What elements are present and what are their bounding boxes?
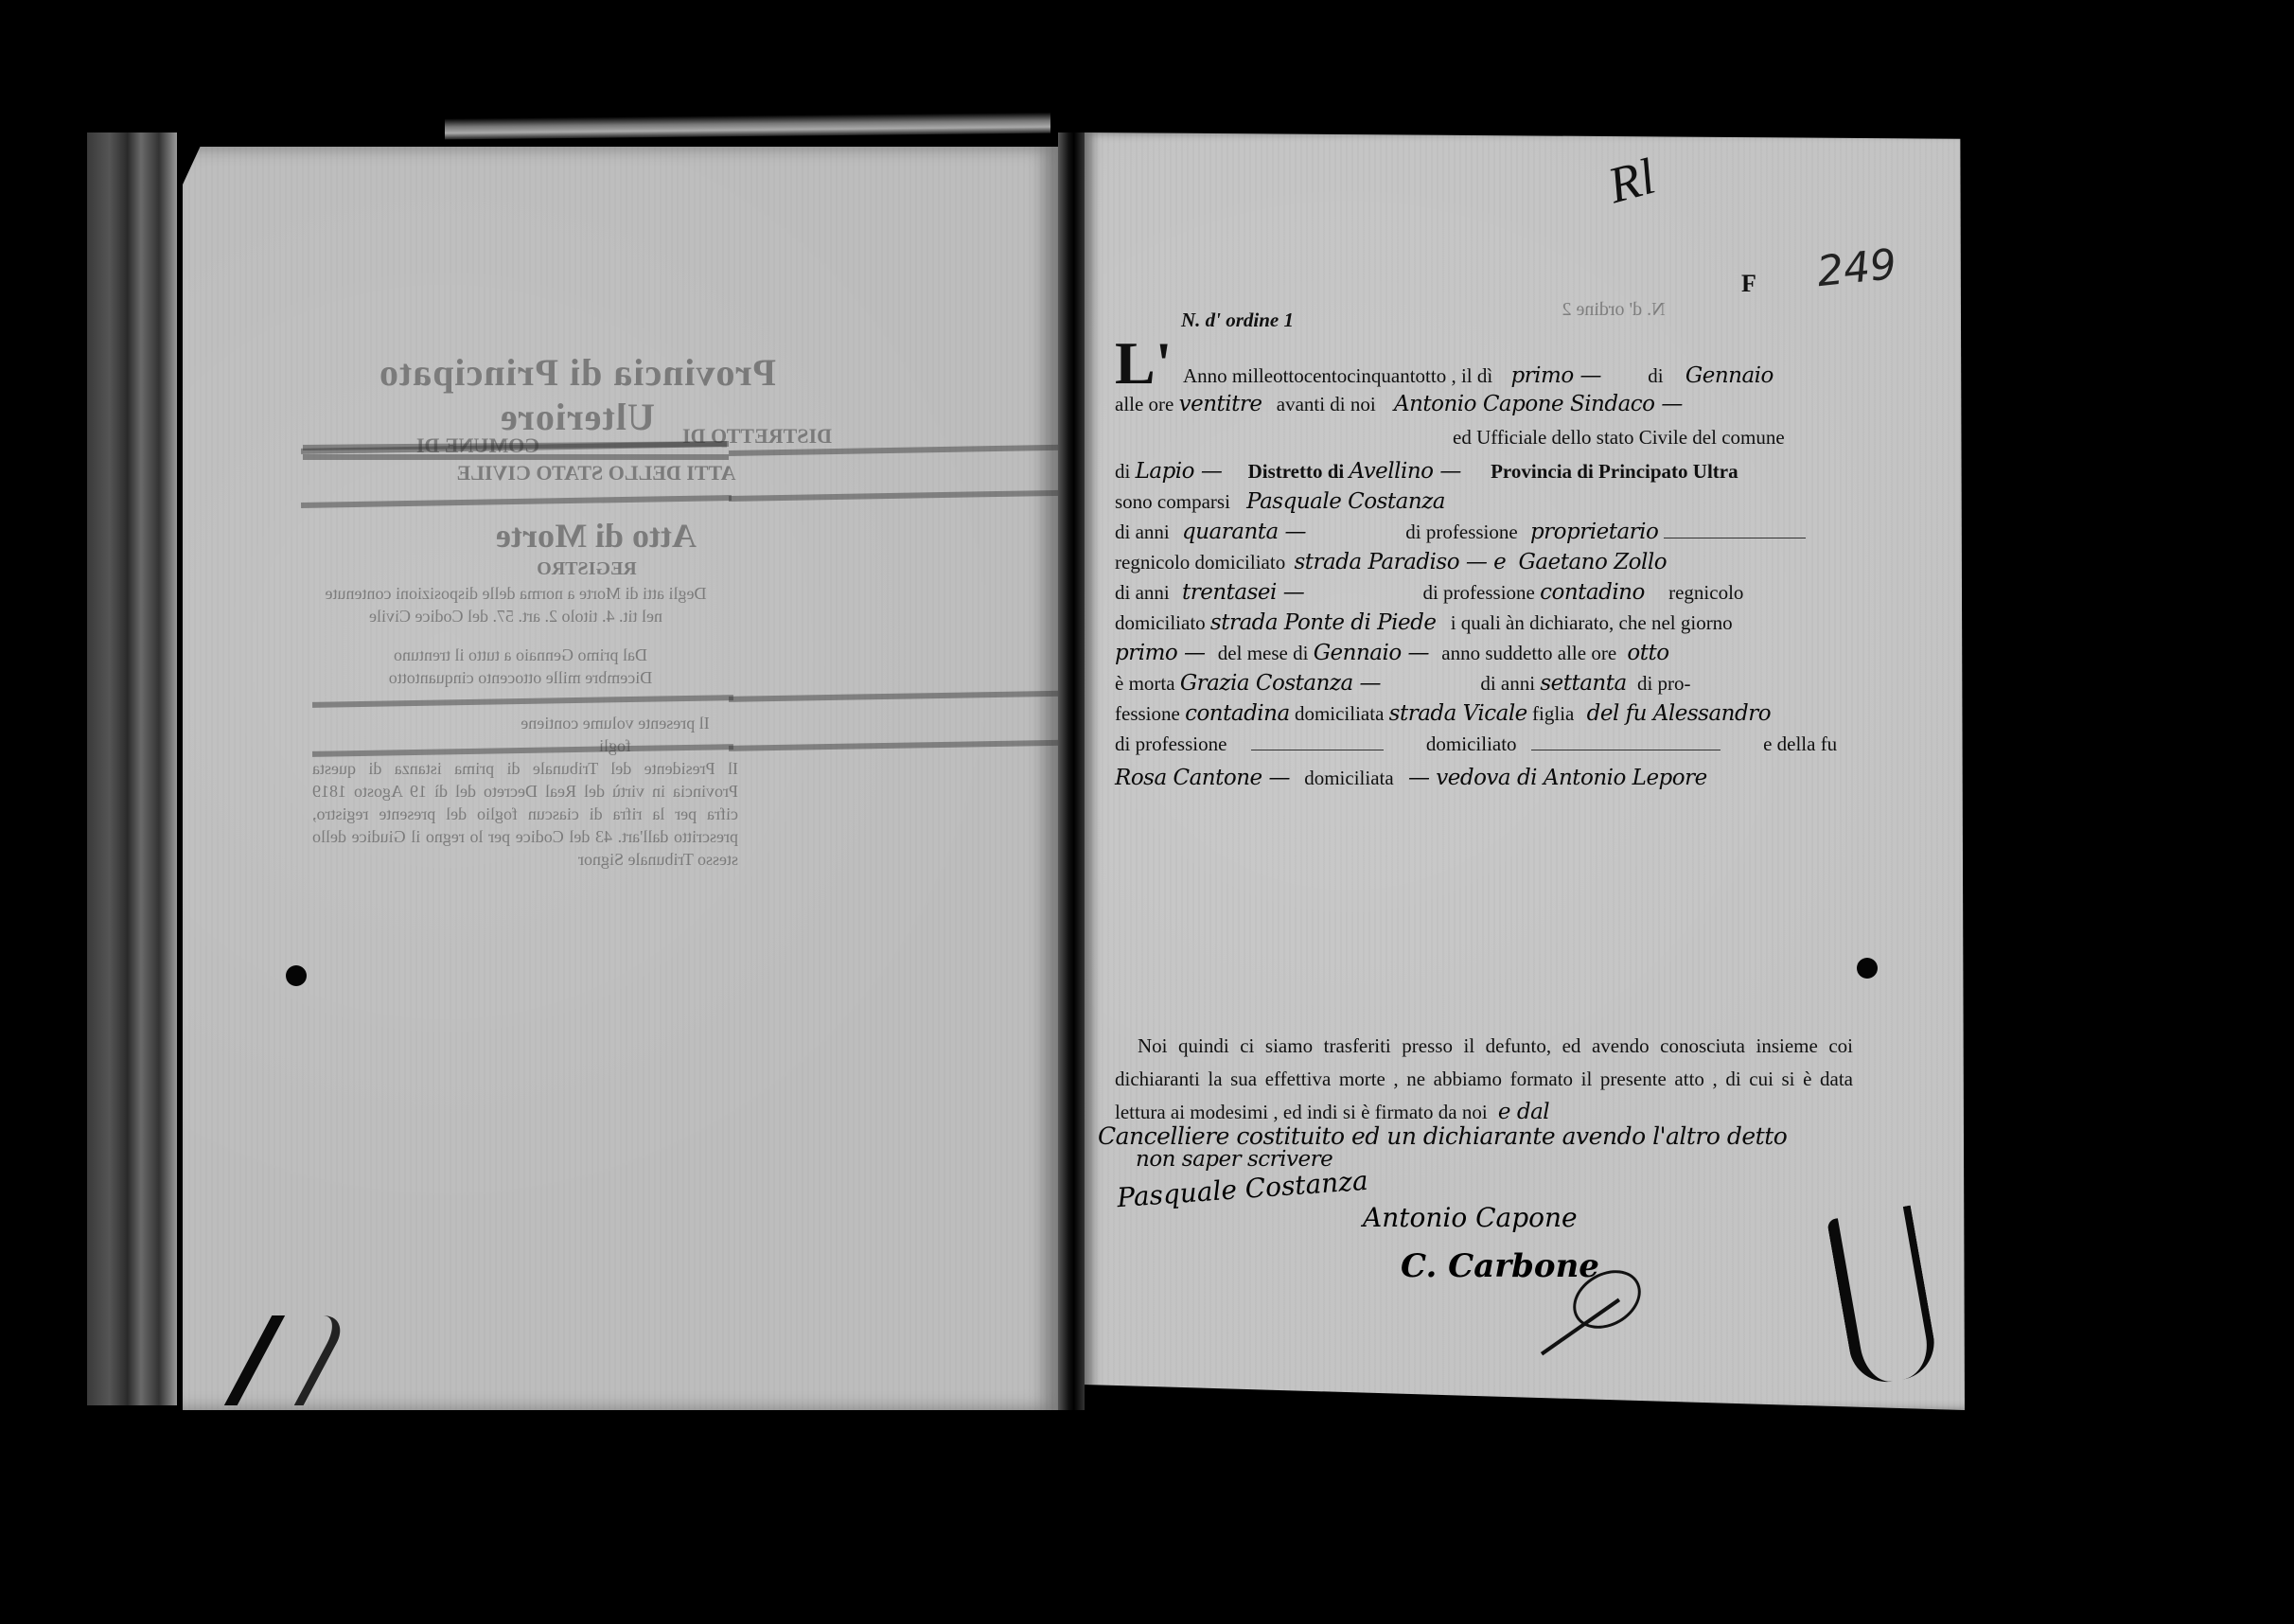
left-bleed-intro: Degli atti di Morte a norma delle dispos… — [317, 582, 715, 627]
record-line: Rosa Cantone — domiciliata — vedova di A… — [1115, 762, 1872, 795]
record-line: di anni trentasei — di professione conta… — [1115, 576, 1872, 609]
order-number-label: N. d' ordine 1 — [1181, 309, 1294, 332]
handwritten-address: strada Vicale — [1389, 701, 1527, 726]
closing-paragraph: Noi quindi ci siamo trasferiti presso il… — [1115, 1030, 1853, 1129]
handwritten-profession: proprietario — [1530, 520, 1658, 544]
closing-handwritten-line: Cancelliere costituito ed un dichiarante… — [1098, 1122, 1787, 1150]
binding-hole — [286, 965, 307, 986]
handwritten-day: primo — — [1115, 641, 1206, 665]
left-bleed-section: ATTI DELLO STATO CIVILE — [407, 461, 785, 485]
printed-text: figlia — [1532, 702, 1574, 725]
printed-text: Anno milleottocentocinquantotto , il dì — [1183, 364, 1492, 387]
bleed-order-number: N. d' ordine 2 — [1519, 299, 1708, 321]
printed-text: Provincia di Principato Ultra — [1491, 460, 1738, 483]
handwritten-month: Gennaio — [1685, 363, 1773, 388]
printed-text: avanti di noi — [1277, 393, 1376, 415]
printed-text: fessione — [1115, 702, 1180, 725]
printed-text: del mese di — [1218, 642, 1309, 664]
handwritten-age: quaranta — — [1182, 520, 1306, 544]
left-bleed-period: Dal primo Gennaio a tutto il trentuno Di… — [379, 644, 662, 689]
printed-text: di professione — [1115, 733, 1226, 755]
handwritten-hour: otto — [1627, 641, 1668, 665]
handwritten-age: trentasei — — [1182, 580, 1304, 605]
handwritten-hour: ventitre — [1179, 392, 1262, 416]
closing-printed-text: Noi quindi ci siamo trasferiti presso il… — [1115, 1034, 1853, 1123]
printed-text: domiciliata — [1304, 767, 1393, 789]
handwritten-declarant-1: Pasquale Costanza — [1246, 489, 1445, 514]
handwritten-comune: Lapio — — [1136, 459, 1223, 484]
printed-text: di anni — [1115, 521, 1170, 543]
printed-text: regnicolo domiciliato — [1115, 551, 1285, 574]
signature-mayor: Antonio Capone — [1363, 1202, 1578, 1233]
record-line: di Lapio — Distretto di Avellino — Provi… — [1115, 455, 1872, 488]
printed-text: di — [1115, 460, 1130, 483]
printed-text: i quali àn dichiarato, che nel giorno — [1451, 611, 1733, 634]
handwritten-profession: contadina — [1185, 701, 1290, 726]
order-number: 1 — [1284, 309, 1295, 331]
blank-line — [1664, 538, 1806, 538]
record-line: di anni quaranta — di professione propri… — [1115, 516, 1872, 549]
folio-mark: F — [1741, 270, 1756, 298]
printed-text: di professione — [1405, 521, 1517, 543]
printed-text: di professione — [1422, 581, 1534, 604]
page-number: 249 — [1815, 240, 1899, 296]
printed-text: alle ore — [1115, 393, 1173, 415]
record-line: di professione domiciliato e della fu — [1115, 728, 1872, 761]
record-line: ed Ufficiale dello stato Civile del comu… — [1453, 421, 2210, 454]
drop-cap: L' — [1115, 333, 1172, 394]
handwritten-declarant-2: Gaetano Zollo — [1519, 550, 1668, 574]
printed-text: anno suddetto alle ore — [1441, 642, 1616, 664]
handwritten-widow-of: — vedova di Antonio Lepore — [1408, 766, 1707, 790]
left-bleed-certification: Il Presidente del Tribunale di prima ist… — [312, 757, 738, 871]
printed-text: di pro- — [1637, 672, 1691, 695]
handwritten-month: Gennaio — — [1314, 641, 1429, 665]
printed-text: di anni — [1115, 581, 1170, 604]
book-gutter — [1058, 132, 1085, 1410]
handwritten-day: primo — — [1510, 363, 1601, 388]
handwritten-address: strada Paradiso — e — [1294, 550, 1506, 574]
record-line: è morta Grazia Costanza — di anni settan… — [1115, 667, 1872, 700]
record-line: regnicolo domiciliato strada Paradiso — … — [1115, 546, 1872, 579]
handwritten-deceased-name: Grazia Costanza — — [1180, 671, 1381, 696]
printed-text: di anni — [1480, 672, 1535, 695]
printed-text: domiciliato — [1115, 611, 1206, 634]
printed-text: Distretto di — [1248, 460, 1345, 483]
record-line: primo — del mese di Gennaio — anno sudde… — [1115, 637, 1872, 670]
printed-text: domiciliata — [1295, 702, 1384, 725]
page-stack-top-edge — [445, 113, 1050, 140]
record-line: domiciliato strada Ponte di Piede i qual… — [1115, 607, 1872, 640]
left-bleed-heading: Atto di Morte — [445, 516, 748, 556]
handwritten-mother: Rosa Cantone — — [1115, 766, 1290, 790]
printed-text: è morta — [1115, 672, 1175, 695]
closing-handwritten: e dal — [1498, 1100, 1549, 1124]
handwritten-official: Antonio Capone Sindaco — — [1394, 392, 1683, 416]
handwritten-profession: contadino — [1540, 580, 1645, 605]
binding-hole — [1857, 958, 1878, 979]
printed-text: domiciliato — [1426, 733, 1517, 755]
signature-clerk: C. Carbone — [1401, 1247, 1599, 1285]
book-spine-edge — [87, 132, 177, 1405]
handwritten-father: del fu Alessandro — [1587, 701, 1771, 726]
printed-text: sono comparsi — [1115, 490, 1230, 513]
printed-text: di — [1648, 364, 1663, 387]
record-line: sono comparsi Pasquale Costanza — [1115, 485, 1872, 519]
printed-text: ed Ufficiale dello stato Civile del comu… — [1453, 426, 1785, 449]
printed-text: e della fu — [1763, 733, 1837, 755]
record-line: fessione contadina domiciliata strada Vi… — [1115, 697, 1872, 731]
handwritten-age: settanta — [1540, 671, 1626, 696]
blank-line — [1531, 750, 1720, 750]
handwritten-distretto: Avellino — — [1350, 459, 1461, 484]
left-bleed-subheading: REGISTRO — [492, 558, 681, 580]
printed-text: regnicolo — [1668, 581, 1743, 604]
handwritten-address: strada Ponte di Piede — [1210, 610, 1437, 635]
blank-line — [1251, 750, 1384, 750]
left-bleed-rule — [303, 454, 729, 460]
order-label: N. d' ordine — [1181, 309, 1279, 331]
closing-handwritten-line: non saper scrivere — [1136, 1147, 1332, 1172]
record-line: alle ore ventitre avanti di noi Antonio … — [1115, 388, 1872, 421]
